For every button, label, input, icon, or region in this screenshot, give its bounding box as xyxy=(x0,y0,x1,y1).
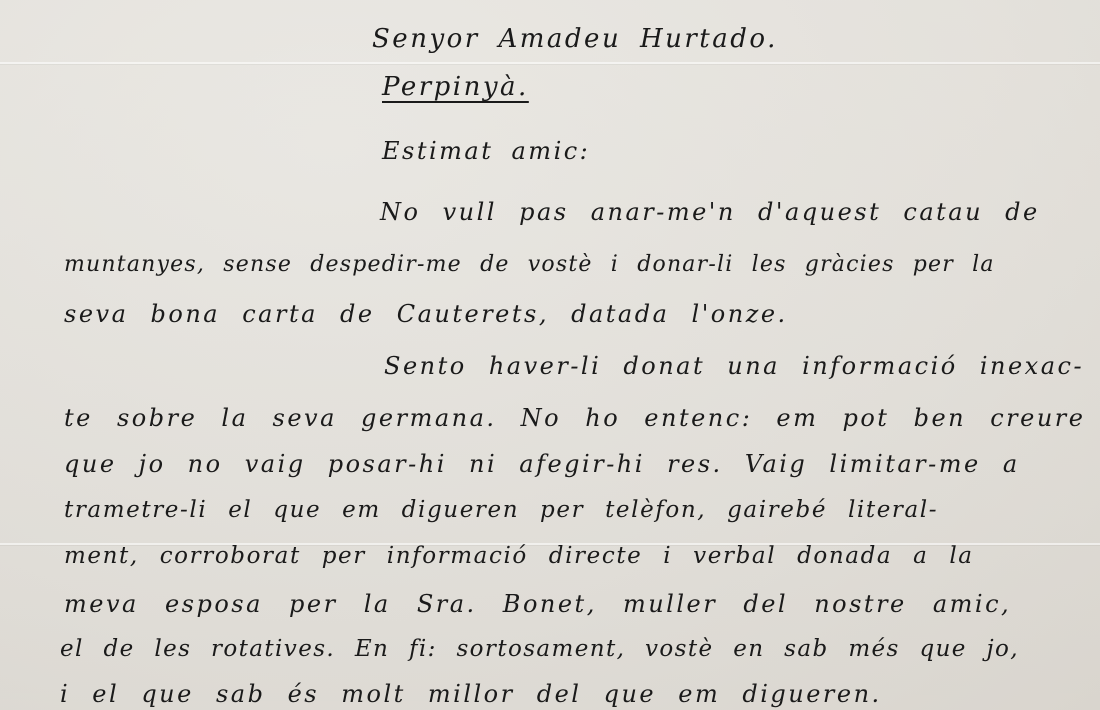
letter-salutation: Estimat amic: xyxy=(382,137,590,165)
letter-line: meva esposa per la Sra. Bonet, muller de… xyxy=(64,590,1011,618)
letter-line: Sento haver-li donat una informació inex… xyxy=(384,352,1084,380)
letter-paper: Senyor Amadeu Hurtado. Perpinyà. Estimat… xyxy=(0,0,1100,710)
letter-line: el de les rotatives. En fi: sortosament,… xyxy=(60,636,1019,662)
letter-line: te sobre la seva germana. No ho entenc: … xyxy=(64,404,1085,432)
letter-line: muntanyes, sense despedir-me de vostè i … xyxy=(64,252,995,277)
letter-line: No vull pas anar-me'n d'aquest catau de xyxy=(380,198,1040,226)
letter-line: trametre-li el que em digueren per telèf… xyxy=(64,497,938,523)
letter-line: ment, corroborat per informació directe … xyxy=(64,543,974,569)
letter-line: seva bona carta de Cauterets, datada l'o… xyxy=(64,300,788,328)
letter-place: Perpinyà. xyxy=(382,72,529,102)
letter-line: que jo no vaig posar-hi ni afegir-hi res… xyxy=(64,450,1020,478)
letter-line: i el que sab és molt millor del que em d… xyxy=(60,680,882,708)
letter-addressee: Senyor Amadeu Hurtado. xyxy=(372,24,778,54)
paper-fold-line xyxy=(0,62,1100,64)
